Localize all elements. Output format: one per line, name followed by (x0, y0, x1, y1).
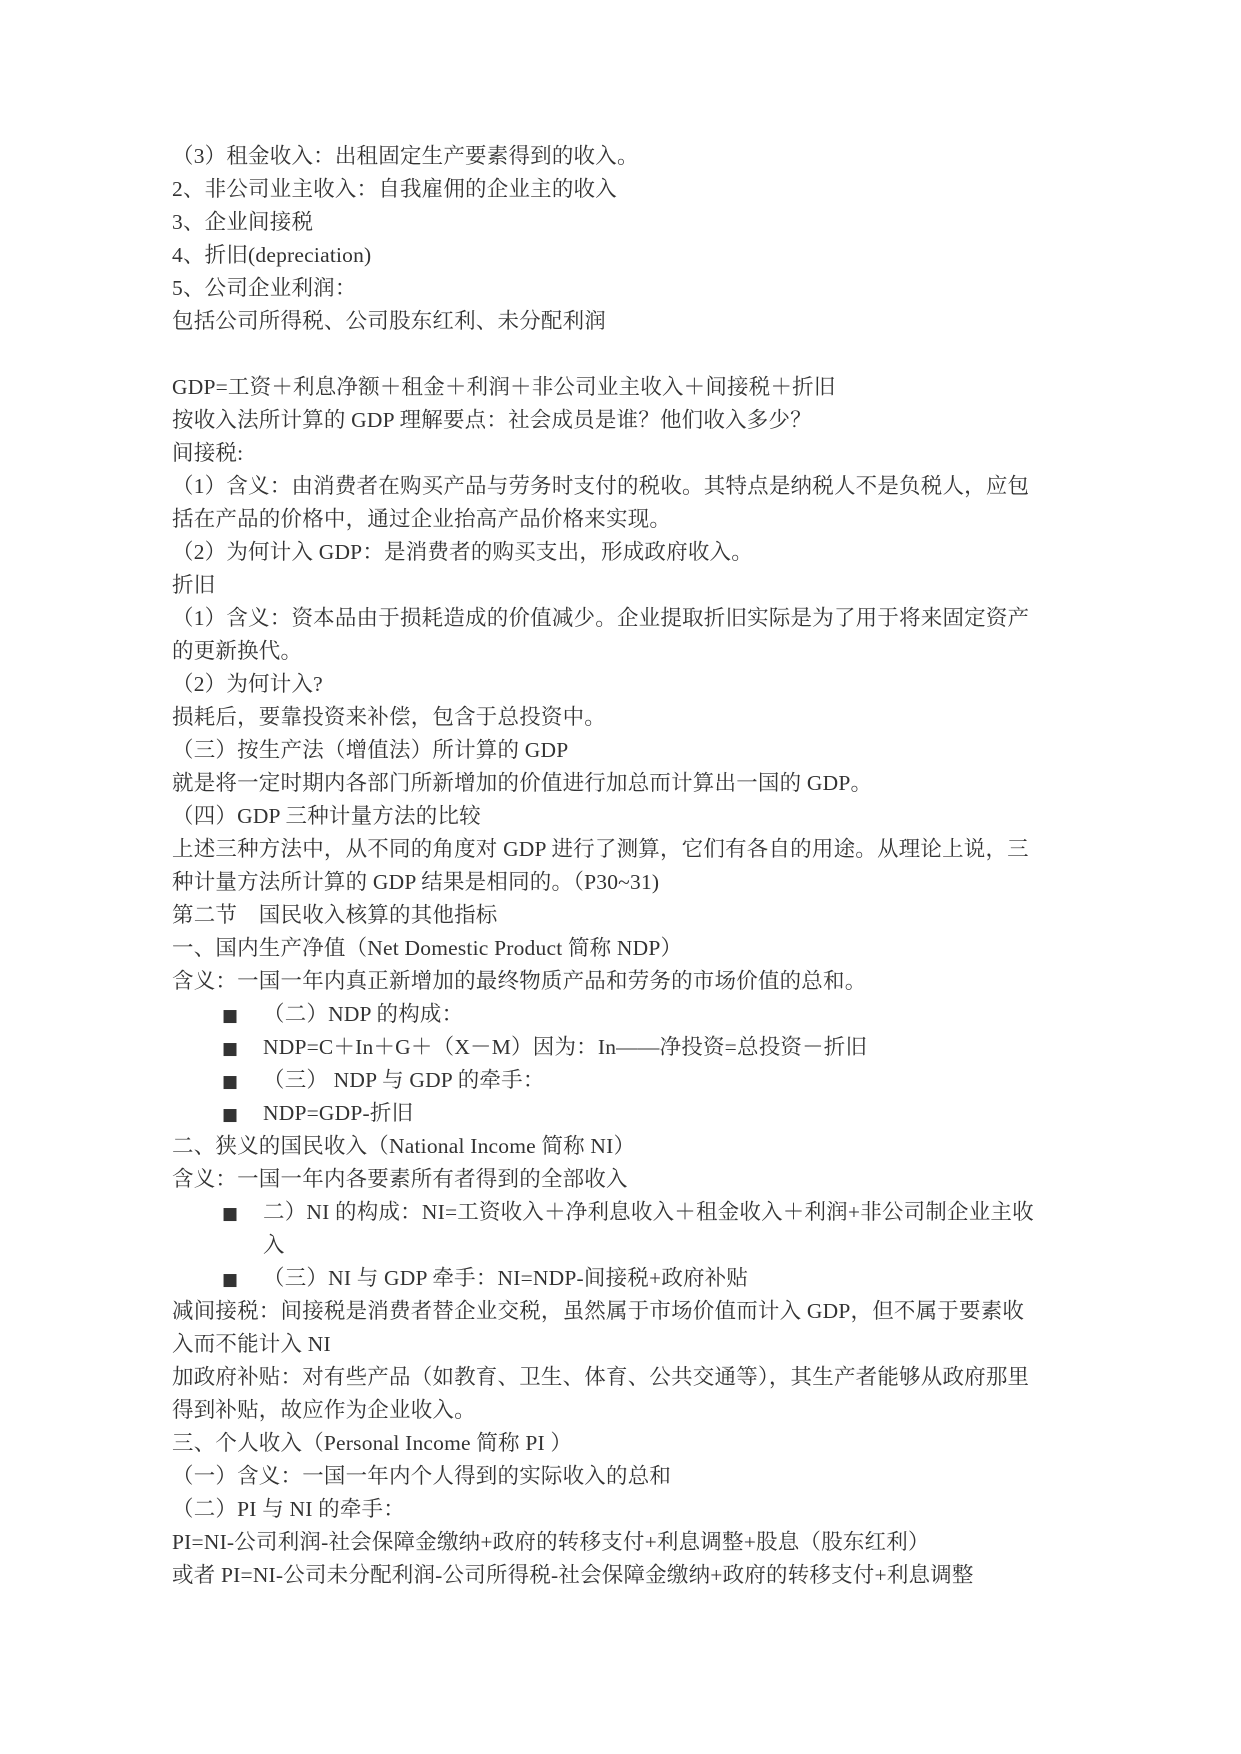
text-line: 入而不能计入 NI (172, 1328, 1112, 1361)
text-line: 就是将一定时期内各部门所新增加的价值进行加总而计算出一国的 GDP。 (172, 767, 1112, 800)
text-line: （四）GDP 三种计量方法的比较 (172, 800, 1112, 833)
blank-line (172, 338, 1112, 371)
text-line: 按收入法所计算的 GDP 理解要点：社会成员是谁？他们收入多少？ (172, 404, 1112, 437)
square-bullet-icon: ■ (222, 1264, 263, 1297)
text-line: 入 (172, 1229, 1112, 1262)
text-line: （三）按生产法（增值法）所计算的 GDP (172, 734, 1112, 767)
square-bullet-icon: ■ (222, 1099, 263, 1132)
text-line: 加政府补贴：对有些产品（如教育、卫生、体育、公共交通等），其生产者能够从政府那里 (172, 1361, 1112, 1394)
text-line: 上述三种方法中，从不同的角度对 GDP 进行了测算，它们有各自的用途。从理论上说… (172, 833, 1112, 866)
text-line: 三、个人收入（Personal Income 简称 PI ） (172, 1427, 1112, 1460)
text-line: （3）租金收入：出租固定生产要素得到的收入。 (172, 140, 1112, 173)
text-line: PI=NI-公司利润-社会保障金缴纳+政府的转移支付+利息调整+股息（股东红利） (172, 1526, 1112, 1559)
text-line: （一）含义：一国一年内个人得到的实际收入的总和 (172, 1460, 1112, 1493)
text-line: 种计量方法所计算的 GDP 结果是相同的。（P30~31) (172, 866, 1112, 899)
square-bullet-icon: ■ (222, 1198, 263, 1231)
bullet-text: （二）NDP 的构成： (263, 1002, 463, 1026)
text-line: 损耗后，要靠投资来补偿，包含于总投资中。 (172, 701, 1112, 734)
text-line: 或者 PI=NI-公司未分配利润-公司所得税-社会保障金缴纳+政府的转移支付+利… (172, 1559, 1112, 1592)
text-line: 减间接税：间接税是消费者替企业交税，虽然属于市场价值而计入 GDP，但不属于要素… (172, 1295, 1112, 1328)
bullet-text: （三） NDP 与 GDP 的牵手： (263, 1068, 545, 1092)
bullet-line: ■（三）NI 与 GDP 牵手：NI=NDP-间接税+政府补贴 (172, 1262, 1112, 1295)
text-line: 一、国内生产净值（Net Domestic Product 简称 NDP） (172, 932, 1112, 965)
text-line: 5、公司企业利润： (172, 272, 1112, 305)
bullet-text: （三）NI 与 GDP 牵手：NI=NDP-间接税+政府补贴 (263, 1266, 748, 1290)
text-line: 二、狭义的国民收入（National Income 简称 NI） (172, 1130, 1112, 1163)
bullet-line: ■二）NI 的构成：NI=工资收入＋净利息收入＋租金收入＋利润+非公司制企业主收 (172, 1196, 1112, 1229)
text-line: 2、非公司业主收入：自我雇佣的企业主的收入 (172, 173, 1112, 206)
text-line: 4、折旧(depreciation) (172, 239, 1112, 272)
text-line: GDP=工资＋利息净额＋租金＋利润＋非公司业主收入＋间接税＋折旧 (172, 371, 1112, 404)
square-bullet-icon: ■ (222, 1000, 263, 1033)
text-line: 含义：一国一年内各要素所有者得到的全部收入 (172, 1163, 1112, 1196)
text-line: （二）PI 与 NI 的牵手： (172, 1493, 1112, 1526)
bullet-text: NDP=C＋In＋G＋（X－M）因为：In——净投资=总投资－折旧 (263, 1035, 867, 1059)
bullet-line: ■NDP=GDP-折旧 (172, 1097, 1112, 1130)
text-line: 折旧 (172, 569, 1112, 602)
bullet-text: 二）NI 的构成：NI=工资收入＋净利息收入＋租金收入＋利润+非公司制企业主收 (263, 1200, 1034, 1224)
text-line: （1）含义：资本品由于损耗造成的价值减少。企业提取折旧实际是为了用于将来固定资产 (172, 602, 1112, 635)
square-bullet-icon: ■ (222, 1033, 263, 1066)
text-line: 得到补贴，故应作为企业收入。 (172, 1394, 1112, 1427)
text-line: 间接税: (172, 437, 1112, 470)
text-line: （1）含义：由消费者在购买产品与劳务时支付的税收。其特点是纳税人不是负税人，应包 (172, 470, 1112, 503)
text-line: 含义：一国一年内真正新增加的最终物质产品和劳务的市场价值的总和。 (172, 965, 1112, 998)
text-line: 第二节 国民收入核算的其他指标 (172, 899, 1112, 932)
text-line: 3、企业间接税 (172, 206, 1112, 239)
document-page: （3）租金收入：出租固定生产要素得到的收入。2、非公司业主收入：自我雇佣的企业主… (0, 0, 1241, 1754)
bullet-line: ■（三） NDP 与 GDP 的牵手： (172, 1064, 1112, 1097)
text-line: （2）为何计入? (172, 668, 1112, 701)
text-line: （2）为何计入 GDP：是消费者的购买支出，形成政府收入。 (172, 536, 1112, 569)
document-content: （3）租金收入：出租固定生产要素得到的收入。2、非公司业主收入：自我雇佣的企业主… (172, 140, 1112, 1592)
text-line: 括在产品的价格中，通过企业抬高产品价格来实现。 (172, 503, 1112, 536)
bullet-line: ■（二）NDP 的构成： (172, 998, 1112, 1031)
bullet-line: ■NDP=C＋In＋G＋（X－M）因为：In——净投资=总投资－折旧 (172, 1031, 1112, 1064)
square-bullet-icon: ■ (222, 1066, 263, 1099)
bullet-text: NDP=GDP-折旧 (263, 1101, 413, 1125)
text-line: 包括公司所得税、公司股东红利、未分配利润 (172, 305, 1112, 338)
text-line: 的更新换代。 (172, 635, 1112, 668)
